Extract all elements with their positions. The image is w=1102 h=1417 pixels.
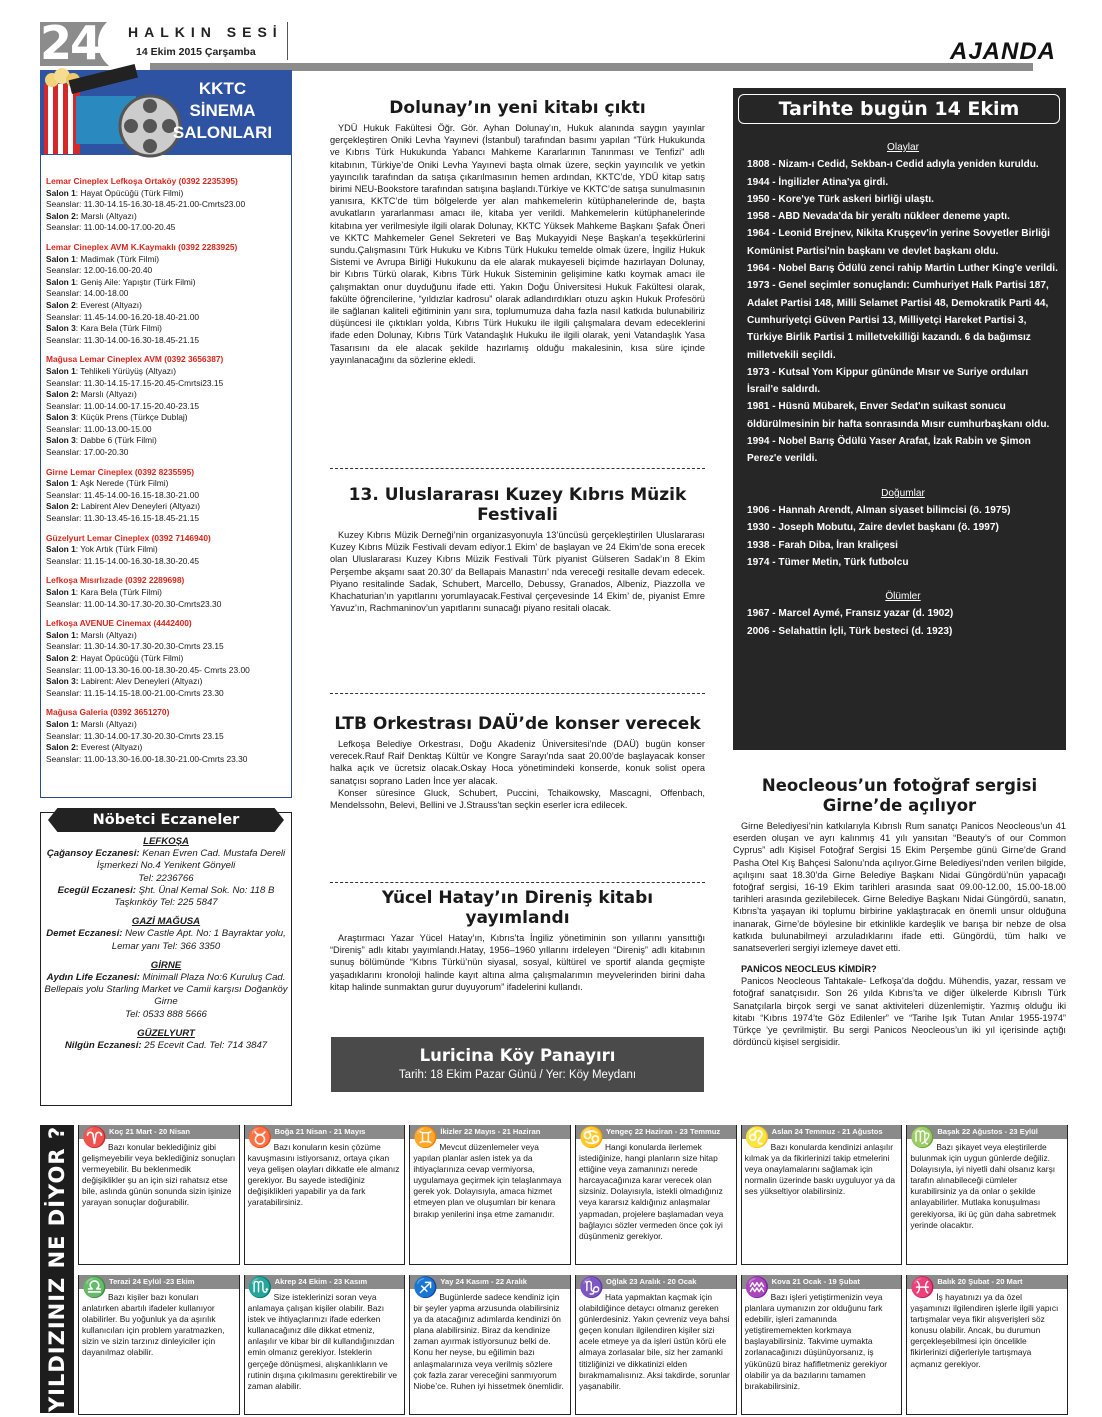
article-body: YDÜ Hukuk Fakültesi Öğr. Gör. Ayhan Dolu… (330, 122, 705, 366)
cinema-venue: Mağusa Lemar Cineplex AVM (0392 3656387)… (46, 354, 290, 458)
pharmacy-entry: Nilgün Eczanesi: 25 Ecevit Cad. Tel: 714… (42, 1040, 290, 1052)
pharmacy-address: New Castle Apt. No: 1 Bayraktar yolu, Le… (112, 928, 286, 951)
pharmacy-name: Çağansoy Eczanesi: (47, 848, 140, 859)
film-title: : Küçük Prens (Türkçe Dublaj) (76, 412, 188, 422)
horoscope-sign-card: Akrep 24 Ekim - 23 Kasım♏Size isteklerin… (244, 1275, 406, 1415)
pharmacy-title: Nöbetci Eczaneler (48, 808, 284, 832)
page-number: 24 (40, 18, 100, 68)
salon-label: Salon 3 (46, 412, 76, 422)
sign-text: Bugünlerde sadece kendiniz için bir şeyl… (410, 1289, 570, 1392)
salon-label: Salon 2: (46, 501, 79, 511)
salon-label: Salon 2: (46, 389, 79, 399)
cinema-venue: Mağusa Galeria (0392 3651270)Salon 1: Ma… (46, 707, 290, 765)
film-title: Labirent: Alev Deneyleri (Altyazı) (79, 676, 203, 686)
showtimes: Seanslar: 11.00-14.00-17.00-20.45 (46, 222, 290, 234)
history-entry: 1974 - Tümer Metin, Türk futbolcu (747, 554, 1059, 571)
article-title: Neocleous’un fotoğraf sergisi Girne’de a… (733, 776, 1066, 816)
pharmacy-name: Demet Eczanesi: (46, 928, 122, 939)
film-title: : Hayat Öpücüğü (Türk Filmi) (76, 188, 184, 198)
pharmacy-address: Şht. Ünal Kemal Sok. No: 118 B Taşkınköy… (114, 885, 274, 908)
film-title: Everest (Altyazı) (79, 742, 143, 752)
showtimes: Seanslar: 11.15-14.00-16.30-18.30-20.45 (46, 556, 290, 568)
salon-label: Salon 2: (46, 742, 79, 752)
fair-details: Tarih: 18 Ekim Pazar Günü / Yer: Köy Mey… (331, 1069, 704, 1081)
film-title: Labirent Alev Deneyleri (Altyazı) (79, 501, 201, 511)
article-body: Araştırmacı Yazar Yücel Hatay’ın, Kıbrıs… (330, 932, 705, 993)
sign-text: Mevcut düzenlemeler veya yapılan planlar… (410, 1139, 570, 1220)
horoscope-grid: Koç 21 Mart - 20 Nisan♈Bazı konular bekl… (78, 1125, 1068, 1415)
article-body: Konser süresince Gluck, Schubert, Puccin… (330, 787, 705, 811)
zodiac-icon: ♑ (579, 1275, 603, 1301)
salon-label: Salon 1 (46, 544, 76, 554)
film-title: : Kara Bela (Türk Filmi) (76, 323, 162, 333)
showtimes: Seanslar: 11.00-13.00-15.00 (46, 424, 290, 436)
horoscope-sign-card: Yay 24 Kasım - 22 Aralık♐Bugünlerde sade… (409, 1275, 571, 1415)
salon-line: Salon 3: Kara Bela (Türk Filmi) (46, 323, 290, 335)
history-entry: 1973 - Kutsal Yom Kippur gününde Mısır v… (747, 364, 1059, 399)
salon-line: Salon 1: Marslı (Altyazı) (46, 719, 290, 731)
salon-label: Salon 2 (46, 653, 76, 663)
section-title: AJANDA (950, 38, 1056, 66)
venue-name: Mağusa Galeria (0392 3651270) (46, 707, 290, 719)
zodiac-icon: ♋ (579, 1125, 603, 1151)
showtimes: Seanslar: 11.30-14.30-17.30-20.30-Cmrts … (46, 641, 290, 653)
history-entry: 1930 - Joseph Mobutu, Zaire devlet başka… (747, 519, 1059, 536)
article-music-festival: 13. Uluslararası Kuzey Kıbrıs Müzik Fest… (330, 485, 705, 614)
history-title: Tarihte bugün 14 Ekim (738, 94, 1060, 124)
cinema-venue: Lefkoşa AVENUE Cinemax (4442400)Salon 1:… (46, 618, 290, 699)
sign-text: Hangi konularda ilerlemek istediğinize, … (576, 1139, 736, 1242)
pharmacy-region: GÜZELYURT (42, 1028, 290, 1040)
zodiac-icon: ♐ (413, 1275, 437, 1301)
zodiac-icon: ♈ (82, 1125, 106, 1151)
sign-text: Bazı işleri yetiştirmenizin veya planlar… (742, 1289, 902, 1392)
showtimes: Seanslar: 11.00-14.30-17.30-20.30-Cmrts2… (46, 599, 290, 611)
venue-name: Girne Lemar Cineplex (0392 8235595) (46, 467, 290, 479)
article-body: Girne Belediyesi’nin katkılarıyla Kıbrıs… (733, 820, 1066, 954)
horoscope-sign-card: Balık 20 Şubat - 20 Mart♓İş hayatınızı y… (906, 1275, 1068, 1415)
horoscope-title-bar: YILDIZINIZ NE DİYOR ? (40, 1125, 74, 1413)
article-title: 13. Uluslararası Kuzey Kıbrıs Müzik Fest… (330, 485, 705, 525)
zodiac-icon: ♍ (910, 1125, 934, 1151)
cinema-venue: Lemar Cineplex Lefkoşa Ortaköy (0392 223… (46, 176, 290, 234)
events-heading: Olaylar (747, 139, 1059, 156)
showtimes: Seanslar: 11.00-14.00-17.15-20.40-23.15 (46, 401, 290, 413)
zodiac-icon: ♊ (413, 1125, 437, 1151)
fair-title: Luricina Köy Panayırı (331, 1046, 704, 1065)
births-heading: Doğumlar (747, 485, 1059, 502)
history-entry: 1994 - Nobel Barış Ödülü Yaser Arafat, İ… (747, 433, 1059, 468)
cinema-venue-list: Lemar Cineplex Lefkoşa Ortaköy (0392 223… (46, 176, 290, 773)
horoscope-sign-card: Koç 21 Mart - 20 Nisan♈Bazı konular bekl… (78, 1125, 240, 1265)
pharmacy-entry: Ecegül Eczanesi: Şht. Ünal Kemal Sok. No… (42, 885, 290, 909)
zodiac-icon: ♉ (248, 1125, 272, 1151)
sign-text: Bazı şikayet veya eleştirilerde bulunmak… (907, 1139, 1067, 1231)
showtimes: Seanslar: 11.00-13.30-16.00-18.30-20.45-… (46, 665, 290, 677)
salon-line: Salon 1: Aşk Nerede (Türk Filmi) (46, 478, 290, 490)
history-entry: 1938 - Farah Diba, İran kraliçesi (747, 537, 1059, 554)
history-entry: 1964 - Nobel Barış Ödülü zenci rahip Mar… (747, 260, 1059, 277)
article-title: Dolunay’ın yeni kitabı çıktı (330, 98, 705, 118)
history-body: Olaylar 1808 - Nizam-ı Cedid, Sekban-ı C… (747, 139, 1059, 640)
article-hatay-book: Yücel Hatay’ın Direniş kitabı yayımlandı… (330, 888, 705, 993)
issue-date: 14 Ekim 2015 Çarşamba (136, 46, 256, 58)
film-title: Marslı (Altyazı) (79, 389, 137, 399)
venue-name: Lemar Cineplex Lefkoşa Ortaköy (0392 223… (46, 176, 290, 188)
history-entry: 1967 - Marcel Aymé, Fransız yazar (d. 19… (747, 605, 1059, 622)
article-divider (330, 882, 705, 883)
salon-line: Salon 1: Marslı (Altyazı) (46, 630, 290, 642)
salon-line: Salon 1: Hayat Öpücüğü (Türk Filmi) (46, 188, 290, 200)
showtimes: Seanslar: 11.15-14.15-18.00-21.00-Cmrts … (46, 688, 290, 700)
salon-label: Salon 1 (46, 254, 76, 264)
article-divider (330, 693, 705, 694)
horoscope-sign-card: Oğlak 23 Aralık - 20 Ocak♑Hata yapmaktan… (575, 1275, 737, 1415)
history-entry: 1964 - Leonid Brejnev, Nikita Kruşçev'in… (747, 225, 1059, 260)
salon-label: Salon 3 (46, 435, 76, 445)
salon-line: Salon 2: Hayat Öpücüğü (Türk Filmi) (46, 653, 290, 665)
history-entry: 1981 - Hüsnü Mübarek, Enver Sedat'ın sui… (747, 398, 1059, 433)
venue-name: Lemar Cineplex AVM K.Kaymaklı (0392 2283… (46, 242, 290, 254)
salon-label: Salon 2: (46, 211, 79, 221)
events-list: 1808 - Nizam-ı Cedid, Sekban-ı Cedid adı… (747, 156, 1059, 467)
pharmacy-entry: Çağansoy Eczanesi: Kenan Evren Cad. Must… (42, 848, 290, 872)
sign-text: İş hayatınızı ya da özel yaşamınızı ilgi… (907, 1289, 1067, 1370)
horoscope-sign-card: Başak 22 Ağustos - 23 Eylül♍Bazı şikayet… (906, 1125, 1068, 1265)
cinema-venue: Lefkoşa Mısırlızade (0392 2289698)Salon … (46, 575, 290, 610)
zodiac-icon: ♏ (248, 1275, 272, 1301)
pharmacy-name: Ecegül Eczanesi: (58, 885, 136, 896)
salon-line: Salon 2: Marslı (Altyazı) (46, 389, 290, 401)
showtimes: Seanslar: 11.30-14.15-16.30-18.45-21.00-… (46, 199, 290, 211)
pharmacy-name: Aydın Life Eczanesi: (47, 972, 140, 983)
pharmacy-region: LEFKOŞA (42, 836, 290, 848)
salon-label: Salon 1 (46, 277, 76, 287)
cinema-venue: Lemar Cineplex AVM K.Kaymaklı (0392 2283… (46, 242, 290, 346)
showtimes: Seanslar: 17.00-20.30 (46, 447, 290, 459)
cinema-section-title: KKTC SİNEMA SALONLARI (155, 78, 290, 144)
article-ltb-orchestra: LTB Orkestrası DAÜ’de konser verecek Lef… (330, 714, 705, 811)
salon-line: Salon 1: Yok Artık (Türk Filmi) (46, 544, 290, 556)
salon-line: Salon 2: Labirent Alev Deneyleri (Altyaz… (46, 501, 290, 513)
film-title: : Hayat Öpücüğü (Türk Filmi) (76, 653, 184, 663)
article-divider (330, 468, 705, 469)
history-entry: 1958 - ABD Nevada'da bir yeraltı nükleer… (747, 208, 1059, 225)
header-divider (287, 22, 288, 60)
history-entry: 1906 - Hannah Arendt, Alman siyaset bili… (747, 502, 1059, 519)
venue-name: Mağusa Lemar Cineplex AVM (0392 3656387) (46, 354, 290, 366)
film-title: Marslı (Altyazı) (79, 630, 137, 640)
showtimes: Seanslar: 11.30-13.45-16.15-18.45-21.15 (46, 513, 290, 525)
salon-label: Salon 1 (46, 188, 76, 198)
article-subheading: PANİCOS NEOCLEUS KİMDİR? (741, 964, 1066, 974)
film-title: Marslı (Altyazı) (79, 211, 137, 221)
salon-label: Salon 1: (46, 630, 79, 640)
horoscope-sign-card: Kova 21 Ocak - 19 Şubat♒Bazı işleri yeti… (741, 1275, 903, 1415)
salon-line: Salon 2: Everest (Altyazı) (46, 742, 290, 754)
zodiac-icon: ♓ (910, 1275, 934, 1301)
salon-label: Salon 3: (46, 676, 79, 686)
article-neocleous: Neocleous’un fotoğraf sergisi Girne’de a… (733, 776, 1066, 1048)
film-title: : Madimak (Türk Filmi) (76, 254, 159, 264)
pharmacy-address: 25 Ecevit Cad. Tel: 714 3847 (142, 1040, 268, 1051)
newspaper-name: HALKIN SESİ (128, 24, 283, 40)
cinema-title-line: KKTC (155, 78, 290, 100)
film-title: : Dabbe 6 (Türk Filmi) (76, 435, 157, 445)
history-entry: 1944 - İngilizler Atina'ya girdi. (747, 174, 1059, 191)
deaths-list: 1967 - Marcel Aymé, Fransız yazar (d. 19… (747, 605, 1059, 640)
pharmacy-name: Nilgün Eczanesi: (65, 1040, 142, 1051)
history-entry: 1808 - Nizam-ı Cedid, Sekban-ı Cedid adı… (747, 156, 1059, 173)
zodiac-icon: ♎ (82, 1275, 106, 1301)
history-entry: 1950 - Kore'ye Türk askeri birliği ulaşt… (747, 191, 1059, 208)
horoscope-sign-card: İkizler 22 Mayıs - 21 Haziran♊Mevcut düz… (409, 1125, 571, 1265)
film-title: : Aşk Nerede (Türk Filmi) (76, 478, 169, 488)
pharmacy-phone: Tel: 2236766 (42, 873, 290, 885)
article-title: LTB Orkestrası DAÜ’de konser verecek (330, 714, 705, 734)
article-body: Panicos Neocleous Tahtakale- Lefkoşa’da … (733, 975, 1066, 1048)
salon-line: Salon 1: Geniş Aile: Yapıştır (Türk Film… (46, 277, 290, 289)
article-body: Kuzey Kıbrıs Müzik Derneği’nin organizas… (330, 529, 705, 614)
article-body: Lefkoşa Belediye Orkestrası, Doğu Akaden… (330, 738, 705, 787)
article-title: Yücel Hatay’ın Direniş kitabı yayımlandı (330, 888, 705, 928)
film-title: : Everest (Altyazı) (76, 300, 142, 310)
horoscope-title: YILDIZINIZ NE DİYOR ? (45, 1126, 69, 1412)
showtimes: Seanslar: 11.00-13.30-16.00-18.30-21.00-… (46, 754, 290, 766)
cinema-title-line: SALONLARI (155, 122, 290, 144)
salon-line: Salon 3: Labirent: Alev Deneyleri (Altya… (46, 676, 290, 688)
pharmacy-region: GAZİ MAĞUSA (42, 916, 290, 928)
sign-text: Hata yapmaktan kaçmak için olabildiğince… (576, 1289, 736, 1392)
salon-line: Salon 2: Marslı (Altyazı) (46, 211, 290, 223)
salon-label: Salon 1 (46, 478, 76, 488)
history-entry: 2006 - Selahattin İçli, Türk besteci (d.… (747, 623, 1059, 640)
pharmacy-entry: Aydın Life Eczanesi: Minimall Plaza No:6… (42, 972, 290, 1009)
horoscope-sign-card: Aslan 24 Temmuz - 21 Ağustos♌Bazı konula… (741, 1125, 903, 1265)
salon-label: Salon 3 (46, 323, 76, 333)
article-dolunay: Dolunay’ın yeni kitabı çıktı YDÜ Hukuk F… (330, 98, 705, 366)
salon-line: Salon 3: Küçük Prens (Türkçe Dublaj) (46, 412, 290, 424)
pharmacy-entry: Demet Eczanesi: New Castle Apt. No: 1 Ba… (42, 928, 290, 952)
salon-line: Salon 1: Madimak (Türk Filmi) (46, 254, 290, 266)
horoscope-sign-card: Terazi 24 Eylül -23 Ekim♎Bazı kişiler ba… (78, 1275, 240, 1415)
salon-line: Salon 1: Tehlikeli Yürüyüş (Altyazı) (46, 366, 290, 378)
births-list: 1906 - Hannah Arendt, Alman siyaset bili… (747, 502, 1059, 571)
venue-name: Lefkoşa Mısırlızade (0392 2289698) (46, 575, 290, 587)
cinema-venue: Güzelyurt Lemar Cineplex (0392 7146940)S… (46, 533, 290, 568)
showtimes: Seanslar: 14.00-18.00 (46, 288, 290, 300)
film-title: : Tehlikeli Yürüyüş (Altyazı) (76, 366, 176, 376)
salon-line: Salon 3: Dabbe 6 (Türk Filmi) (46, 435, 290, 447)
salon-label: Salon 1: (46, 719, 79, 729)
cinema-title-line: SİNEMA (155, 100, 290, 122)
showtimes: Seanslar: 11.30-14.15-17.15-20.45-Cmrtsi… (46, 378, 290, 390)
showtimes: Seanslar: 11.45-14.00-16.20-18.40-21.00 (46, 312, 290, 324)
history-entry: 1973 - Genel seçimler sonuçlandı: Cumhur… (747, 277, 1059, 363)
zodiac-icon: ♒ (745, 1275, 769, 1301)
salon-label: Salon 2 (46, 300, 76, 310)
cinema-venue: Girne Lemar Cineplex (0392 8235595)Salon… (46, 467, 290, 525)
pharmacy-region: GİRNE (42, 960, 290, 972)
showtimes: Seanslar: 12.00-16.00-20.40 (46, 265, 290, 277)
venue-name: Güzelyurt Lemar Cineplex (0392 7146940) (46, 533, 290, 545)
showtimes: Seanslar: 11.30-14.00-16.30-18.45-21.15 (46, 335, 290, 347)
zodiac-icon: ♌ (745, 1125, 769, 1151)
pharmacy-list: LEFKOŞAÇağansoy Eczanesi: Kenan Evren Ca… (42, 836, 290, 1052)
film-title: : Geniş Aile: Yapıştır (Türk Filmi) (76, 277, 196, 287)
salon-line: Salon 1: Kara Bela (Türk Filmi) (46, 587, 290, 599)
salon-label: Salon 1 (46, 587, 76, 597)
salon-label: Salon 1 (46, 366, 76, 376)
horoscope-sign-card: Boğa 21 Nisan - 21 Mayıs♉Bazı konuların … (244, 1125, 406, 1265)
film-title: Marslı (Altyazı) (79, 719, 137, 729)
fair-announcement: Luricina Köy Panayırı Tarih: 18 Ekim Paz… (331, 1037, 704, 1092)
deaths-heading: Ölümler (747, 588, 1059, 605)
salon-line: Salon 2: Everest (Altyazı) (46, 300, 290, 312)
showtimes: Seanslar: 11.30-14.00-17.30-20.30-Cmrts … (46, 731, 290, 743)
film-title: : Kara Bela (Türk Filmi) (76, 587, 162, 597)
showtimes: Seanslar: 11.45-14.00-16.15-18.30-21.00 (46, 490, 290, 502)
venue-name: Lefkoşa AVENUE Cinemax (4442400) (46, 618, 290, 630)
pharmacy-phone: Tel: 0533 888 5666 (42, 1009, 290, 1021)
horoscope-sign-card: Yengeç 22 Haziran - 23 Temmuz♋Hangi konu… (575, 1125, 737, 1265)
film-title: : Yok Artık (Türk Filmi) (76, 544, 158, 554)
sign-text: Size isteklerinizi soran veya anlamaya ç… (245, 1289, 405, 1392)
